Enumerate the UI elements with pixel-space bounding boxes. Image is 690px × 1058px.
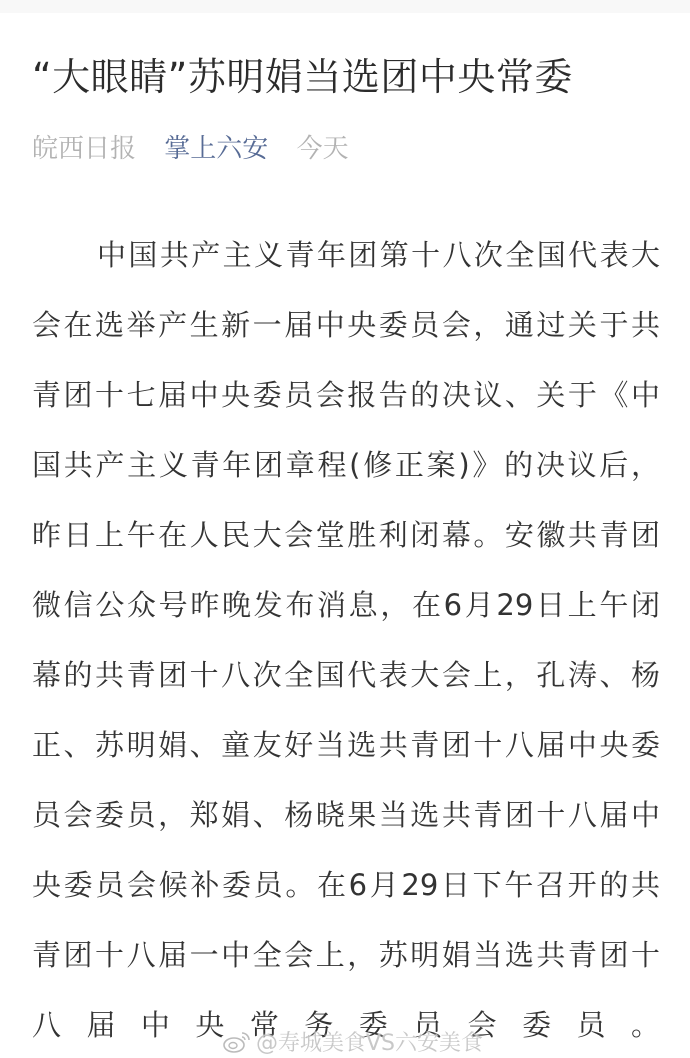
body-line: 昨日上午在人民大会堂胜利闭幕。安徽共青团	[32, 500, 660, 570]
body-line: 青团十七届中央委员会报告的决议、关于《中	[32, 360, 660, 430]
source-name: 皖西日报	[32, 134, 136, 164]
body-line: 正、苏明娟、童友好当选共青团十八届中央委	[32, 710, 660, 780]
article-meta: 皖西日报 掌上六安 今天	[32, 131, 349, 167]
article-title: “大眼睛”苏明娟当选团中央常委	[32, 50, 672, 104]
publish-date: 今天	[297, 134, 349, 164]
body-line: 员会委员，郑娟、杨晓果当选共青团十八届中	[32, 780, 660, 850]
body-line: 央委员会候补委员。在6月29日下午召开的共	[32, 850, 660, 920]
body-line: 会在选举产生新一届中央委员会，通过关于共	[32, 290, 660, 360]
body-line: 青团十八届一中全会上，苏明娟当选共青团十	[32, 920, 660, 990]
account-link[interactable]: 掌上六安	[164, 134, 268, 164]
watermark-text: @寿城美食VS六安美食	[256, 1026, 483, 1057]
body-line: 幕的共青团十八次全国代表大会上，孔涛、杨	[32, 640, 660, 710]
top-band	[0, 0, 690, 13]
body-line: 中国共产主义青年团第十八次全国代表大	[32, 220, 660, 290]
watermark: @寿城美食VS六安美食	[222, 1026, 483, 1057]
article-body: 中国共产主义青年团第十八次全国代表大 会在选举产生新一届中央委员会，通过关于共 …	[32, 220, 660, 1058]
body-line: 国共产主义青年团章程(修正案)》的决议后，	[32, 430, 660, 500]
body-line: 微信公众号昨晚发布消息，在6月29日上午闭	[32, 570, 660, 640]
weibo-icon	[222, 1030, 252, 1054]
